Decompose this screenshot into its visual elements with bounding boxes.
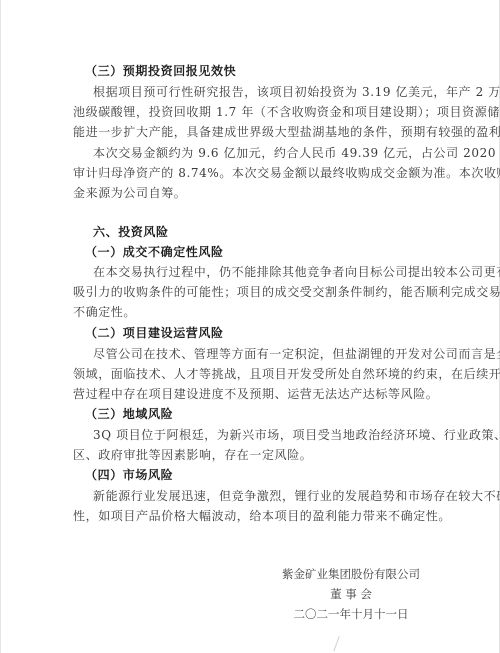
paragraph-line: 根据项目预可行性研究报告，该项目初始投资为 3.19 亿美元，年产 2 万吨电 — [93, 84, 455, 100]
paragraph-line: 金来源为公司自筹。 — [73, 185, 435, 201]
document-page: （三）预期投资回报见效快 根据项目预可行性研究报告，该项目初始投资为 3.19 … — [0, 0, 500, 653]
paragraph-line: 3Q 项目位于阿根廷，为新兴市场，项目受当地政治经济环境、行业政策、社 — [93, 427, 455, 443]
paragraph-line: 新能源行业发展迅速，但竞争激烈，锂行业的发展趋势和市场存在较大不确定 — [93, 488, 455, 504]
risk-heading-regional: （三）地域风险 — [85, 406, 447, 422]
paragraph-line: 营过程中存在项目建设进度不及预期、运营无法达产达标等风险。 — [73, 386, 435, 402]
paragraph-line: 池级碳酸锂，投资回收期 1.7 年（不含收购资金和项目建设期）；项目资源储量大， — [73, 104, 435, 120]
paragraph-line: 区、政府审批等因素影响，存在一定风险。 — [73, 447, 435, 463]
paragraph-line: 性，如项目产品价格大幅波动，给本项目的盈利能力带来不确定性。 — [73, 508, 435, 524]
signature-date: 二〇二一年十月十一日 — [271, 606, 431, 622]
paragraph-line: 审计归母净资产的 8.74%。本次交易金额以最终收购成交金额为准。本次收购的资 — [73, 165, 435, 181]
risk-heading-market: （四）市场风险 — [85, 467, 447, 483]
paragraph-line: 本次交易金额约为 9.6 亿加元，约合人民币 49.39 亿元，占公司 2020… — [93, 145, 455, 161]
paragraph-line: 吸引力的收购条件的可能性；项目的成交受交割条件制约，能否顺利完成交易存在 — [73, 284, 435, 300]
paragraph-line: 能进一步扩大产能，具备建成世界级大型盐湖基地的条件，预期有较强的盈利能力。 — [73, 124, 435, 140]
section-heading-expected-returns: （三）预期投资回报见效快 — [85, 63, 447, 79]
risk-heading-transaction-uncertainty: （一）成交不确定性风险 — [85, 244, 447, 260]
paragraph-line: 领域，面临技术、人才等挑战，且项目开发受所处自然环境的约束，在后续开发运 — [73, 366, 435, 382]
section-heading-investment-risk: 六、投资风险 — [93, 224, 455, 240]
signature-company: 紫金矿业集团股份有限公司 — [271, 566, 431, 582]
paragraph-line: 尽管公司在技术、管理等方面有一定积淀，但盐湖锂的开发对公司而言是全新 — [93, 346, 455, 362]
paragraph-line: 不确定性。 — [73, 304, 435, 320]
risk-heading-construction-operation: （二）项目建设运营风险 — [85, 325, 447, 341]
seal-mark-fragment — [333, 636, 341, 652]
signature-board: 董 事 会 — [271, 586, 431, 602]
paragraph-line: 在本交易执行过程中，仍不能排除其他竞争者向目标公司提出较本公司更有 — [93, 264, 455, 280]
